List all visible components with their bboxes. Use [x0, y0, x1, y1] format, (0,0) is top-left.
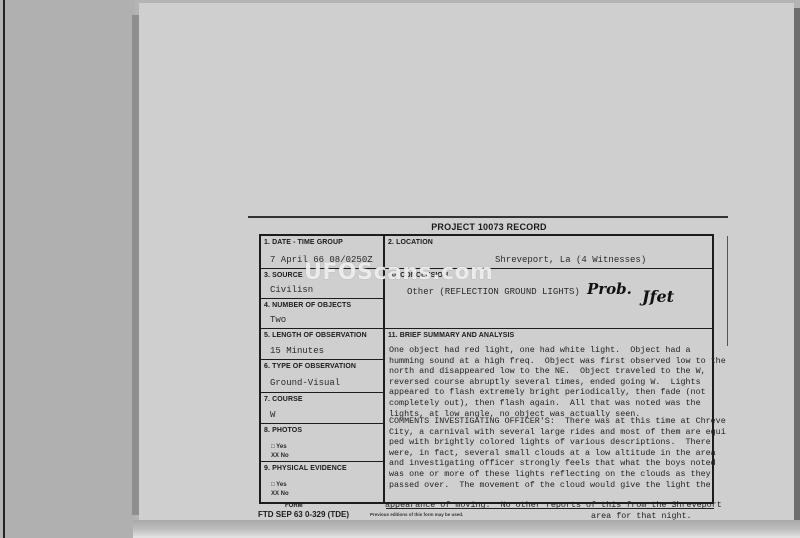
field-number-of-objects: 4. NUMBER OF OBJECTS Two [261, 299, 383, 329]
evidence-yes-checkbox: □ Yes [271, 482, 287, 488]
field-value: Other (REFLECTION GROUND LIGHTS) [407, 287, 580, 297]
field-label: 5. LENGTH OF OBSERVATION [264, 332, 367, 339]
field-label: 6. TYPE OF OBSERVATION [264, 363, 356, 370]
summary-text: One object had red light, one had white … [389, 345, 734, 419]
field-value: W [270, 410, 275, 420]
field-type-of-observation: 6. TYPE OF OBSERVATION Ground-Visual [261, 360, 383, 393]
handwritten-initials: Jfet [642, 287, 674, 306]
page-shadow [132, 15, 139, 515]
investigator-comments: COMMENTS INVESTIGATING OFFICER'S: There … [389, 416, 734, 490]
field-course: 7. COURSE W [261, 393, 383, 424]
photos-no-checkbox: XX No [271, 453, 289, 459]
form-note: Previous editions of this form may be us… [370, 512, 463, 517]
field-label: 3. SOURCE [264, 272, 303, 279]
record-title: PROJECT 10073 RECORD [250, 222, 728, 232]
field-label: 1. DATE - TIME GROUP [264, 239, 343, 246]
comments-continued: appearance of moving. No other reports o… [385, 500, 725, 521]
scan-bottom-edge [133, 520, 800, 538]
field-label: 8. PHOTOS [264, 427, 302, 434]
evidence-no-checkbox: XX No [271, 491, 289, 497]
form-number: FTD SEP 63 0-329 (TDE) [258, 510, 349, 519]
handwritten-note: Prob. [587, 280, 632, 298]
field-length-of-observation: 5. LENGTH OF OBSERVATION 15 Minutes [261, 329, 383, 360]
strikethrough-mark [386, 508, 714, 509]
watermark: UFOScans.com [304, 260, 494, 285]
field-value: Shreveport, La (4 Witnesses) [495, 255, 646, 265]
field-label: 9. PHYSICAL EVIDENCE [264, 465, 347, 472]
field-summary: 11. BRIEF SUMMARY AND ANALYSIS One objec… [385, 329, 712, 502]
field-value: Two [270, 315, 286, 325]
field-photos: 8. PHOTOS □ Yes XX No [261, 424, 383, 462]
header-rule [248, 216, 728, 218]
field-value: Civilisn [270, 285, 313, 295]
field-label: 11. BRIEF SUMMARY AND ANALYSIS [388, 332, 514, 339]
field-value: 15 Minutes [270, 346, 324, 356]
field-physical-evidence: 9. PHYSICAL EVIDENCE □ Yes XX No [261, 462, 383, 502]
field-label: 4. NUMBER OF OBJECTS [264, 302, 351, 309]
form-label: FORM [285, 503, 303, 509]
page-edge [794, 8, 800, 538]
field-value: Ground-Visual [270, 378, 340, 388]
margin-mark [727, 236, 728, 346]
photos-yes-checkbox: □ Yes [271, 444, 287, 450]
field-label: 7. COURSE [264, 396, 303, 403]
underlying-page [3, 0, 135, 538]
field-label: 2. LOCATION [388, 239, 433, 246]
